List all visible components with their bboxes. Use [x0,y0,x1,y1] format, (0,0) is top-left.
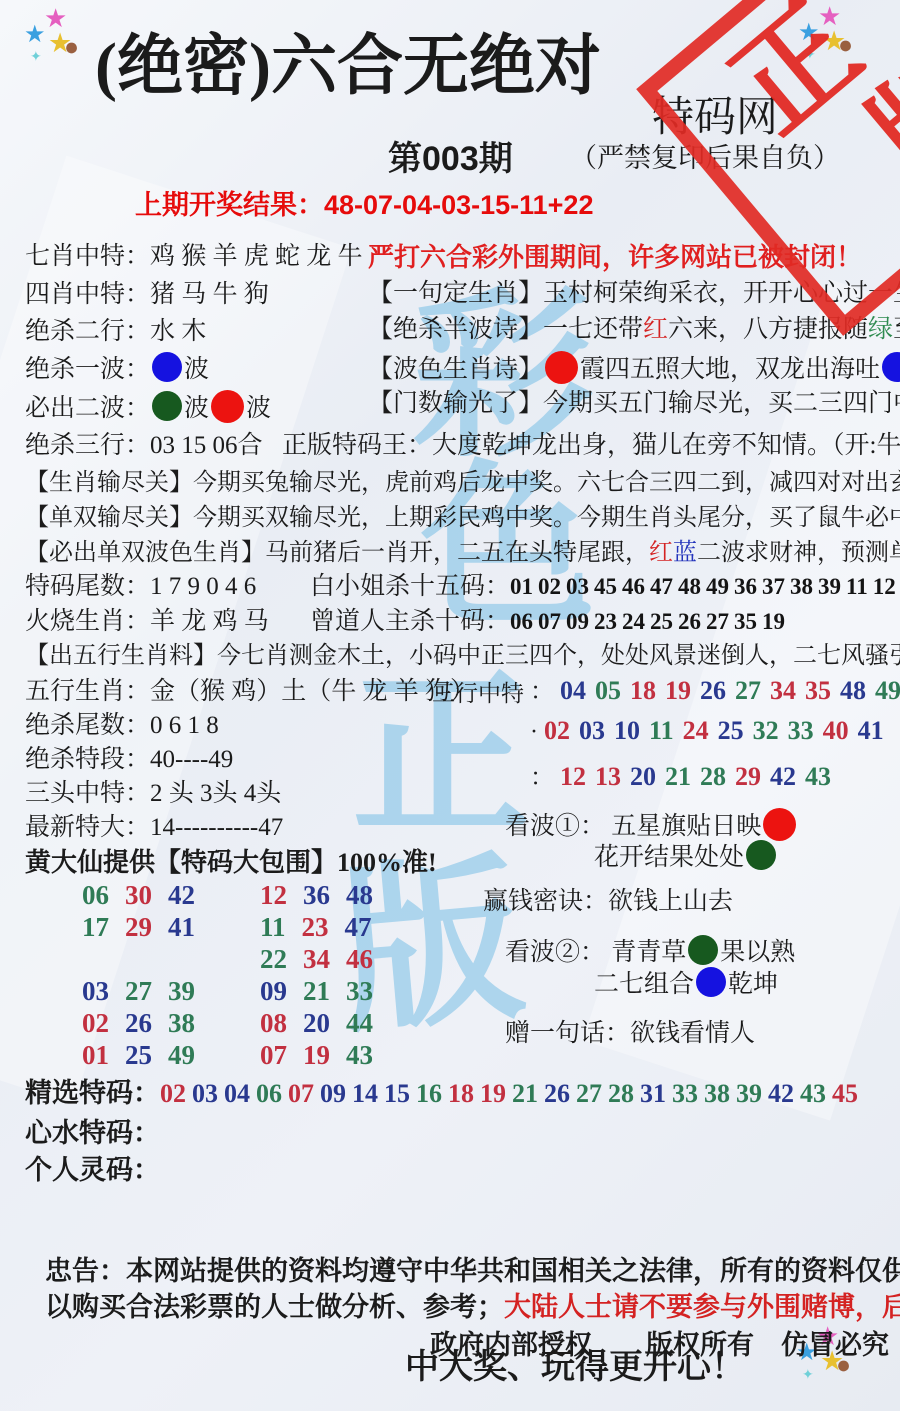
jingxuan-numbers: 0203040607091415161819212627283133383942… [160,1081,864,1108]
number-07: 07 [260,1040,287,1071]
number-18: 18 [448,1079,474,1109]
row-wuxing-liao: 【出五行生肖料】今七肖测金木土，小码中正三四个，处处风景迷倒人，二七风骚引蜂蝶。 [25,643,900,671]
number-27: 27 [576,1079,602,1109]
zengdaoren-numbers: 06070923242526273519 [510,608,790,635]
baowei-grid-r3c2: 223446 [260,944,389,976]
number-24: 24 [622,609,645,635]
number-06: 06 [510,609,533,635]
footer-slogan: 中大奖、玩得更开心！ [405,1348,745,1387]
number-37: 37 [762,574,785,600]
number-07: 07 [288,1079,314,1109]
number-30: 30 [125,880,152,911]
number-28: 28 [608,1079,634,1109]
lottery-tip-sheet: 彩 色 正 版 正 版 (绝密)六合无绝对 特码网 第003期 （严禁复印后果自… [0,0,900,1411]
jingxuan-label: 精选特码： [25,1078,160,1108]
number-12: 12 [560,762,586,792]
red-ball-icon [545,351,578,384]
number-02: 02 [160,1079,186,1109]
row-juesha-weishu: 绝杀尾数：0 6 1 8 [25,712,219,741]
row-yingqian-mijue: 赢钱密诀：欲钱上山去 [483,888,733,917]
baowei-grid-r6c1: 012549 [82,1040,211,1072]
number-04: 04 [560,676,586,706]
number-22: 22 [260,944,287,975]
row-qixiao-zhongte: 七肖中特：鸡 猴 羊 虎 蛇 龙 牛 [25,243,363,272]
number-23: 23 [302,912,329,943]
red-ball-icon [763,808,796,841]
baowei-grid-r4c2: 092133 [260,976,389,1008]
number-46: 46 [346,944,373,975]
row-jingxuan-tema: 精选特码：02030406070914151618192126272831333… [25,1078,864,1110]
row-juesha-teduan: 绝杀特段：40----49 [25,746,233,775]
number-02: 02 [82,1008,109,1039]
number-25: 25 [650,609,673,635]
number-46: 46 [622,574,645,600]
row-prefix: ： [530,765,554,791]
number-41: 41 [168,912,195,943]
number-48: 48 [840,676,866,706]
number-34: 34 [303,944,330,975]
blue-ball-icon [696,967,726,997]
number-35: 35 [805,676,831,706]
sanhang-numbers-1: 04051819262734354849 [560,678,900,705]
number-33: 33 [788,716,814,746]
number-49: 49 [168,1040,195,1071]
number-47: 47 [345,912,372,943]
row-kanbo1: 看波①： 五星旗贴日映 [505,808,798,842]
row-xinshui-tema: 心水特码： [25,1118,160,1149]
number-43: 43 [800,1079,826,1109]
sparkle-icon [30,48,42,66]
number-03: 03 [192,1079,218,1109]
number-20: 20 [630,762,656,792]
number-38: 38 [790,574,813,600]
number-02: 02 [544,716,570,746]
number-45: 45 [594,574,617,600]
row-bichu-erbo: 必出二波：波波 [25,390,271,424]
number-49: 49 [875,676,900,706]
row-prefix: · [530,719,538,745]
number-23: 23 [594,609,617,635]
number-15: 15 [384,1079,410,1109]
number-26: 26 [544,1079,570,1109]
baowei-grid-r6c2: 071943 [260,1040,389,1072]
row-santou-zhongte: 三头中特：2 头 3头 4头 [25,780,281,809]
row-bichu-danshuang-bose: 【必出单双波色生肖】马前猪后一肖开，二五在头特尾跟，红蓝二波求财神，预测单来定特 [25,540,900,568]
number-29: 29 [125,912,152,943]
number-31: 31 [640,1079,666,1109]
number-39: 39 [818,574,841,600]
number-10: 10 [614,716,640,746]
number-40: 40 [823,716,849,746]
number-12: 12 [260,880,287,911]
number-05: 05 [595,676,621,706]
number-14: 14 [352,1079,378,1109]
number-39: 39 [168,976,195,1007]
baixiaojie-numbers: 010203454647484936373839111213 [510,573,900,600]
sanhang-row-3: ：1213202128294243 [530,762,840,793]
number-09: 09 [320,1079,346,1109]
number-42: 42 [768,1079,794,1109]
teddy-icon [64,34,79,62]
number-41: 41 [858,716,884,746]
number-42: 42 [168,880,195,911]
number-02: 02 [538,574,561,600]
row-zeng-yiju-hua: 赠一句话：欲钱看情人 [505,1020,755,1049]
green-ball-icon [746,840,776,870]
blue-ball-icon [152,352,182,382]
number-38: 38 [704,1079,730,1109]
number-25: 25 [718,716,744,746]
number-24: 24 [683,716,709,746]
baixiaojie-label: 白小姐杀十五码： [310,573,510,600]
number-19: 19 [762,609,785,635]
number-13: 13 [595,762,621,792]
row-sixiao-zhongte: 四肖中特：猪 马 牛 狗 [25,281,269,310]
number-45: 45 [832,1079,858,1109]
number-09: 09 [566,609,589,635]
red-ball-icon [211,390,244,423]
baowei-grid-r1c2: 123648 [260,880,389,912]
number-36: 36 [734,574,757,600]
star-cluster-icon [26,8,96,74]
number-27: 27 [706,609,729,635]
zengdaoren-label: 曾道人主杀十码： [310,608,510,635]
row-huangdaxian: 黄大仙提供【特码大包围】100%准! [25,848,437,878]
page-title: (绝密)六合无绝对 [95,12,601,107]
number-12: 12 [873,574,896,600]
stamp-char: 正 [714,0,880,152]
number-01: 01 [510,574,533,600]
number-19: 19 [665,676,691,706]
number-21: 21 [512,1079,538,1109]
baowei-grid-r5c2: 082044 [260,1008,389,1040]
number-43: 43 [805,762,831,792]
number-08: 08 [260,1008,287,1039]
number-19: 19 [303,1040,330,1071]
sanhang-row-2: ·02031011242532334041 [530,716,893,747]
row-shengxiao-shujin: 【生肖输尽关】今期买兔输尽光，虎前鸡后龙中奖。六七合三四二到，减四对对出玄机。(… [25,470,900,498]
number-35: 35 [734,609,757,635]
number-11: 11 [649,716,674,746]
number-18: 18 [630,676,656,706]
number-20: 20 [303,1008,330,1039]
baowei-grid-r2c2: 112347 [260,912,388,944]
number-03: 03 [579,716,605,746]
row-kanbo2-line2: 二七组合乾坤 [594,967,778,1000]
number-17: 17 [82,912,109,943]
row-tema-wang: 正版特码王：大度乾坤龙出身，猫儿在旁不知情。（开:牛龙） [282,432,900,461]
number-47: 47 [650,574,673,600]
row-tema-weishu: 特码尾数：1 7 9 0 4 6 [25,573,256,602]
row-menshu: 【门数输光了】今期买五门输尽光，买二三四门中。 [368,390,900,419]
sparkle-icon [802,1366,814,1384]
number-07: 07 [538,609,561,635]
row-juesha-sanhang: 绝杀三行：03 15 06合 [25,432,263,461]
sanhang-zhongte-label: 三行中特 [432,681,524,707]
baowei-grid-r4c1: 032739 [82,976,211,1008]
notice-line-1: 忠告：本网站提供的资料均遵守中华共和国相关之法律，所有的资料仅供可 [45,1256,900,1287]
row-juesha-banbo-shi: 【绝杀半波诗】一七还带红六来，八方捷报随绿至。 [368,316,900,345]
number-27: 27 [125,976,152,1007]
row-kanbo1-line2: 花开结果处处 [594,840,778,873]
row-kanbo2: 看波②： 青青草果以熟 [505,935,795,968]
blue-star-icon [24,20,46,49]
number-19: 19 [480,1079,506,1109]
number-34: 34 [770,676,796,706]
blue-ball-icon [882,352,900,382]
sanhang-numbers-3: 1213202128294243 [560,764,840,791]
number-42: 42 [770,762,796,792]
number-26: 26 [700,676,726,706]
row-danshuang-shujin: 【单双输尽关】今期买双输尽光，上期彩民鸡中奖。今期生肖头尾分，买了鼠牛必中奖。(… [25,505,900,533]
number-33: 33 [346,976,373,1007]
row-wuxing-shengxiao: 五行生肖：金（猴 鸡）土（牛 龙 羊 狗） [25,678,475,707]
row-baixiaojie: 白小姐杀十五码：010203454647484936373839111213 [310,573,900,602]
last-draw-result: 上期开奖结果：48-07-04-03-15-11+22 [135,183,593,222]
number-39: 39 [736,1079,762,1109]
sanhang-row-1: ：04051819262734354849 [530,676,900,707]
green-ball-icon [152,391,182,421]
number-29: 29 [735,762,761,792]
number-48: 48 [346,880,373,911]
number-26: 26 [678,609,701,635]
number-09: 09 [260,976,287,1007]
row-geren-lingma: 个人灵码： [25,1155,160,1186]
row-bose-shengxiao-shi: 【波色生肖诗】霞四五照大地，双龙出海吐珠。 [368,351,900,385]
row-juesha-erhang: 绝杀二行：水 木 [25,318,206,347]
number-03: 03 [566,574,589,600]
number-21: 21 [303,976,330,1007]
number-27: 27 [735,676,761,706]
number-43: 43 [346,1040,373,1071]
sanhang-numbers-2: 02031011242532334041 [544,718,893,745]
number-49: 49 [706,574,729,600]
number-48: 48 [678,574,701,600]
number-16: 16 [416,1079,442,1109]
number-28: 28 [700,762,726,792]
number-44: 44 [346,1008,373,1039]
row-prefix: ： [530,679,554,705]
number-11: 11 [846,574,868,600]
row-huoshao-shengxiao: 火烧生肖：羊 龙 鸡 马 [25,608,269,637]
number-11: 11 [260,912,286,943]
number-26: 26 [125,1008,152,1039]
notice-line-2: 以购买合法彩票的人士做分析、参考；大陆人士请不要参与外围赌博，后果自负。 [45,1292,900,1323]
row-zengdaoren: 曾道人主杀十码：06070923242526273519 [310,608,790,637]
baowei-grid-r2c1: 172941 [82,912,211,944]
number-04: 04 [224,1079,250,1109]
baowei-grid-r5c1: 022638 [82,1008,211,1040]
number-38: 38 [168,1008,195,1039]
number-03: 03 [82,976,109,1007]
row-zuixin-teda: 最新特大：14----------47 [25,814,283,843]
green-ball-icon [688,935,718,965]
issue-number: 第003期 [388,131,513,180]
number-32: 32 [753,716,779,746]
row-juesha-yibo: 绝杀一波：波 [25,352,209,385]
number-06: 06 [82,880,109,911]
number-25: 25 [125,1040,152,1071]
number-21: 21 [665,762,691,792]
number-01: 01 [82,1040,109,1071]
number-36: 36 [303,880,330,911]
number-06: 06 [256,1079,282,1109]
number-33: 33 [672,1079,698,1109]
baowei-grid-r1c1: 063042 [82,880,211,912]
